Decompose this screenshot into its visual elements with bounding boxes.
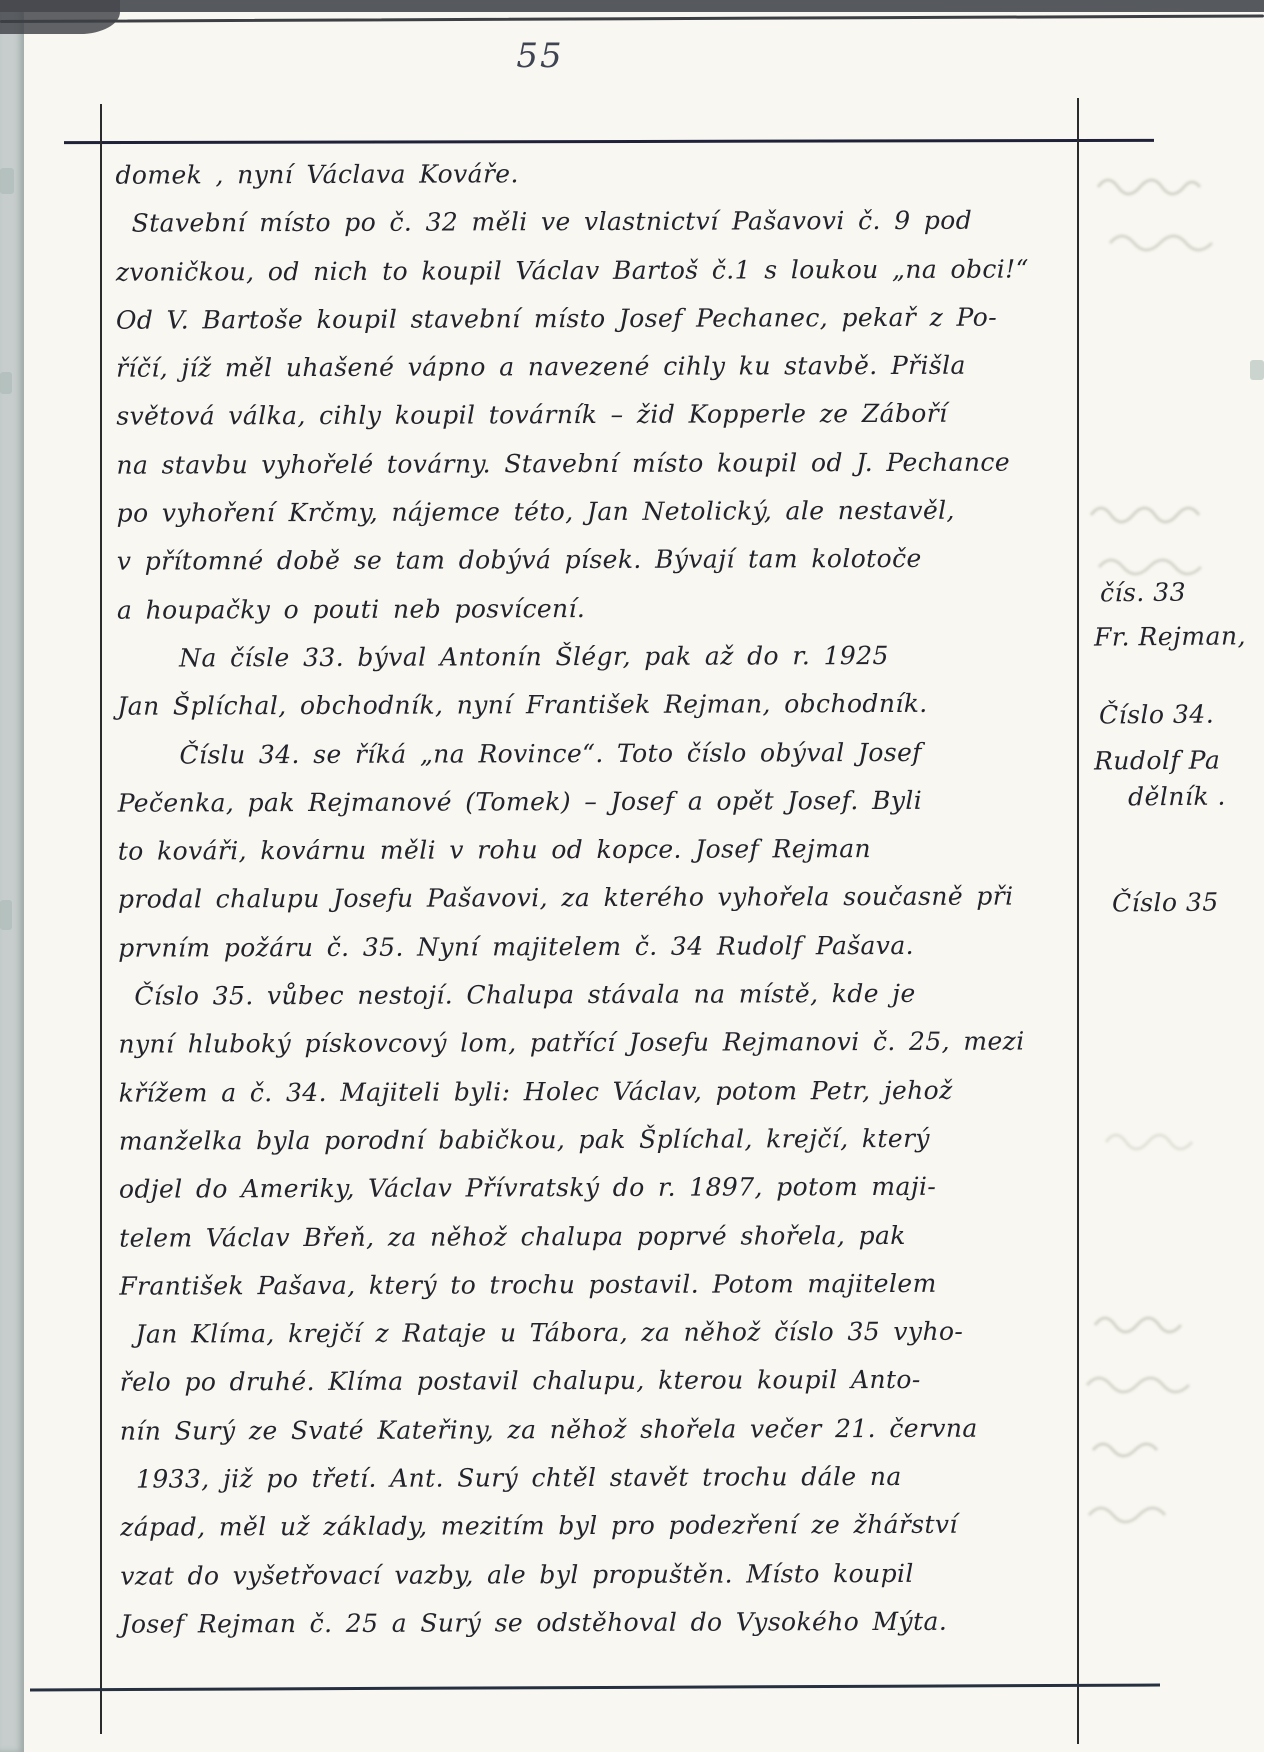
page-top-edge-line xyxy=(0,14,1264,23)
text-line: Jan Klíma, krejčí z Rataje u Tábora, za … xyxy=(119,1307,1071,1359)
top-rule-line xyxy=(64,139,1154,144)
text-line: odjel do Ameriky, Václav Přívratský do r… xyxy=(119,1163,1071,1215)
margin-note-fr-rejman: Fr. Rejman, xyxy=(1094,621,1246,651)
text-line: Číslo 35. vůbec nestojí. Chalupa stávala… xyxy=(118,969,1070,1021)
text-line: Jan Šplíchal, obchodník, nyní František … xyxy=(117,680,1069,732)
text-line: světová válka, cihly koupil továrník – ž… xyxy=(116,390,1068,442)
text-line: to kováři, kovárnu měli v rohu od kopce.… xyxy=(118,824,1070,876)
text-line: Josef Rejman č. 25 a Surý se odstěhoval … xyxy=(120,1597,1072,1649)
bottom-rule-line xyxy=(30,1684,1160,1692)
text-line: po vyhoření Krčmy, nájemce této, Jan Net… xyxy=(117,486,1069,538)
margin-note-rudolf-pa: Rudolf Pa xyxy=(1094,745,1221,775)
text-line: domek , nyní Václava Kováře. xyxy=(115,148,1067,200)
text-line: vzat do vyšetřovací vazby, ale byl propu… xyxy=(120,1549,1072,1601)
text-line: Stavební místo po č. 32 měli ve vlastnic… xyxy=(116,197,1068,249)
margin-note-cislo-35: Číslo 35 xyxy=(1112,888,1219,918)
scan-smudge xyxy=(0,168,14,194)
text-line: v přítomné době se tam dobývá písek. Býv… xyxy=(117,535,1069,587)
text-line: Číslu 34. se říká „na Rovince“. Toto čís… xyxy=(117,728,1069,780)
text-line: na stavbu vyhořelé továrny. Stavební mís… xyxy=(116,438,1068,490)
text-line: František Pašava, který to trochu postav… xyxy=(119,1259,1071,1311)
bleed-through-artifact xyxy=(1075,1300,1260,1550)
text-line: nyní hluboký pískovcový lom, patřící Jos… xyxy=(118,1018,1070,1070)
text-line: zvoničkou, od nich to koupil Václav Bart… xyxy=(116,245,1068,297)
text-line: západ, měl už základy, mezitím byl pro p… xyxy=(120,1501,1072,1553)
margin-note-cislo-34: Číslo 34. xyxy=(1099,699,1214,729)
text-line: Na čísle 33. býval Antonín Šlégr, pak až… xyxy=(117,631,1069,683)
text-line: nín Surý ze Svaté Kateřiny, za něhož sho… xyxy=(120,1404,1072,1456)
text-line: Od V. Bartoše koupil stavební místo Jose… xyxy=(116,293,1068,345)
text-line: křížem a č. 34. Majiteli byli: Holec Vác… xyxy=(119,1066,1071,1118)
text-line: prodal chalupu Josefu Pašavovi, za které… xyxy=(118,873,1070,925)
left-margin-line xyxy=(100,104,102,1734)
text-line: říčí, jíž měl uhašené vápno a navezené c… xyxy=(116,342,1068,394)
scanner-edge-strip xyxy=(0,0,24,1752)
bleed-through-artifact xyxy=(1085,495,1255,600)
page-corner-shadow xyxy=(0,0,120,34)
text-line: telem Václav Břeň, za něhož chalupa popr… xyxy=(119,1211,1071,1263)
text-line: a houpačky o pouti neb posvícení. xyxy=(117,583,1069,635)
handwritten-text-block: domek , nyní Václava Kováře. Stavební mí… xyxy=(115,148,1072,1649)
margin-note-delnik: dělník . xyxy=(1128,782,1226,812)
text-line: manželka byla porodní babičkou, pak Šplí… xyxy=(119,1114,1071,1166)
text-line: Pečenka, pak Rejmanové (Tomek) – Josef a… xyxy=(118,776,1070,828)
scan-smudge xyxy=(1250,360,1264,380)
bleed-through-artifact xyxy=(1090,165,1255,275)
scan-smudge xyxy=(0,900,12,930)
bleed-through-artifact xyxy=(1100,1120,1240,1160)
scan-smudge xyxy=(0,372,12,394)
text-line: řelo po druhé. Klíma postavil chalupu, k… xyxy=(120,1356,1072,1408)
page-number: 55 xyxy=(0,36,1080,76)
scanned-chronicle-page: { "page_number": "55", "colors": { "pape… xyxy=(0,0,1264,1752)
text-line: prvním požáru č. 35. Nyní majitelem č. 3… xyxy=(118,921,1070,973)
text-line: 1933, již po třetí. Ant. Surý chtěl stav… xyxy=(120,1452,1072,1504)
scanner-top-edge xyxy=(0,0,1264,12)
